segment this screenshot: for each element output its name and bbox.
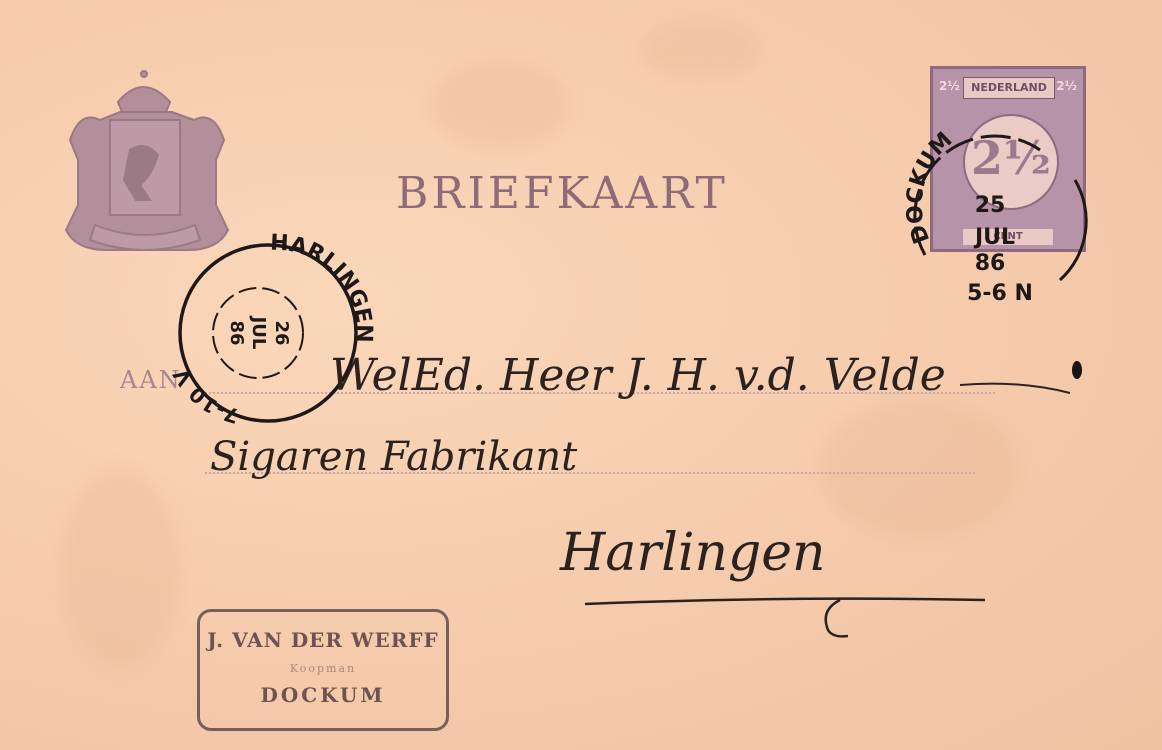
svg-text:7-10 V: 7-10 V (168, 364, 242, 428)
postmark-dockum-town: DOCKUM (902, 128, 957, 247)
postmark-harlingen-month: JUL (248, 315, 269, 350)
sender-stamp: J. VAN DER WERFF Koopman DOCKUM (197, 609, 449, 731)
postmark-dockum-day: 25 (975, 193, 1006, 218)
address-line1-handwriting: WelEd. Heer J. H. v.d. Velde (330, 350, 946, 401)
svg-text:DOCKUM: DOCKUM (902, 128, 957, 247)
postmark-harlingen-day: 26 (271, 320, 292, 345)
address-line2-handwriting: Sigaren Fabrikant (210, 434, 578, 480)
sender-subtitle: Koopman (200, 662, 446, 675)
sender-name: J. VAN DER WERFF (200, 628, 446, 652)
postmarks-and-handwriting: DOCKUM 25 JUL 86 5-6 N HARLINGEN 7-10 V … (0, 0, 1162, 750)
sender-town: DOCKUM (200, 683, 446, 707)
postmark-dockum-month: JUL (973, 225, 1015, 250)
postmark-dockum-time: 5-6 N (967, 281, 1033, 306)
address-line3-handwriting: Harlingen (559, 523, 826, 583)
postmark-harlingen-year: 86 (226, 320, 247, 345)
postmark-dockum-year: 86 (975, 251, 1006, 276)
postmark-harlingen-time: 7-10 V (168, 364, 242, 428)
postcard: BRIEFKAART AAN NEDERLAND 2½ 2½ 2½ CENT D… (0, 0, 1162, 750)
